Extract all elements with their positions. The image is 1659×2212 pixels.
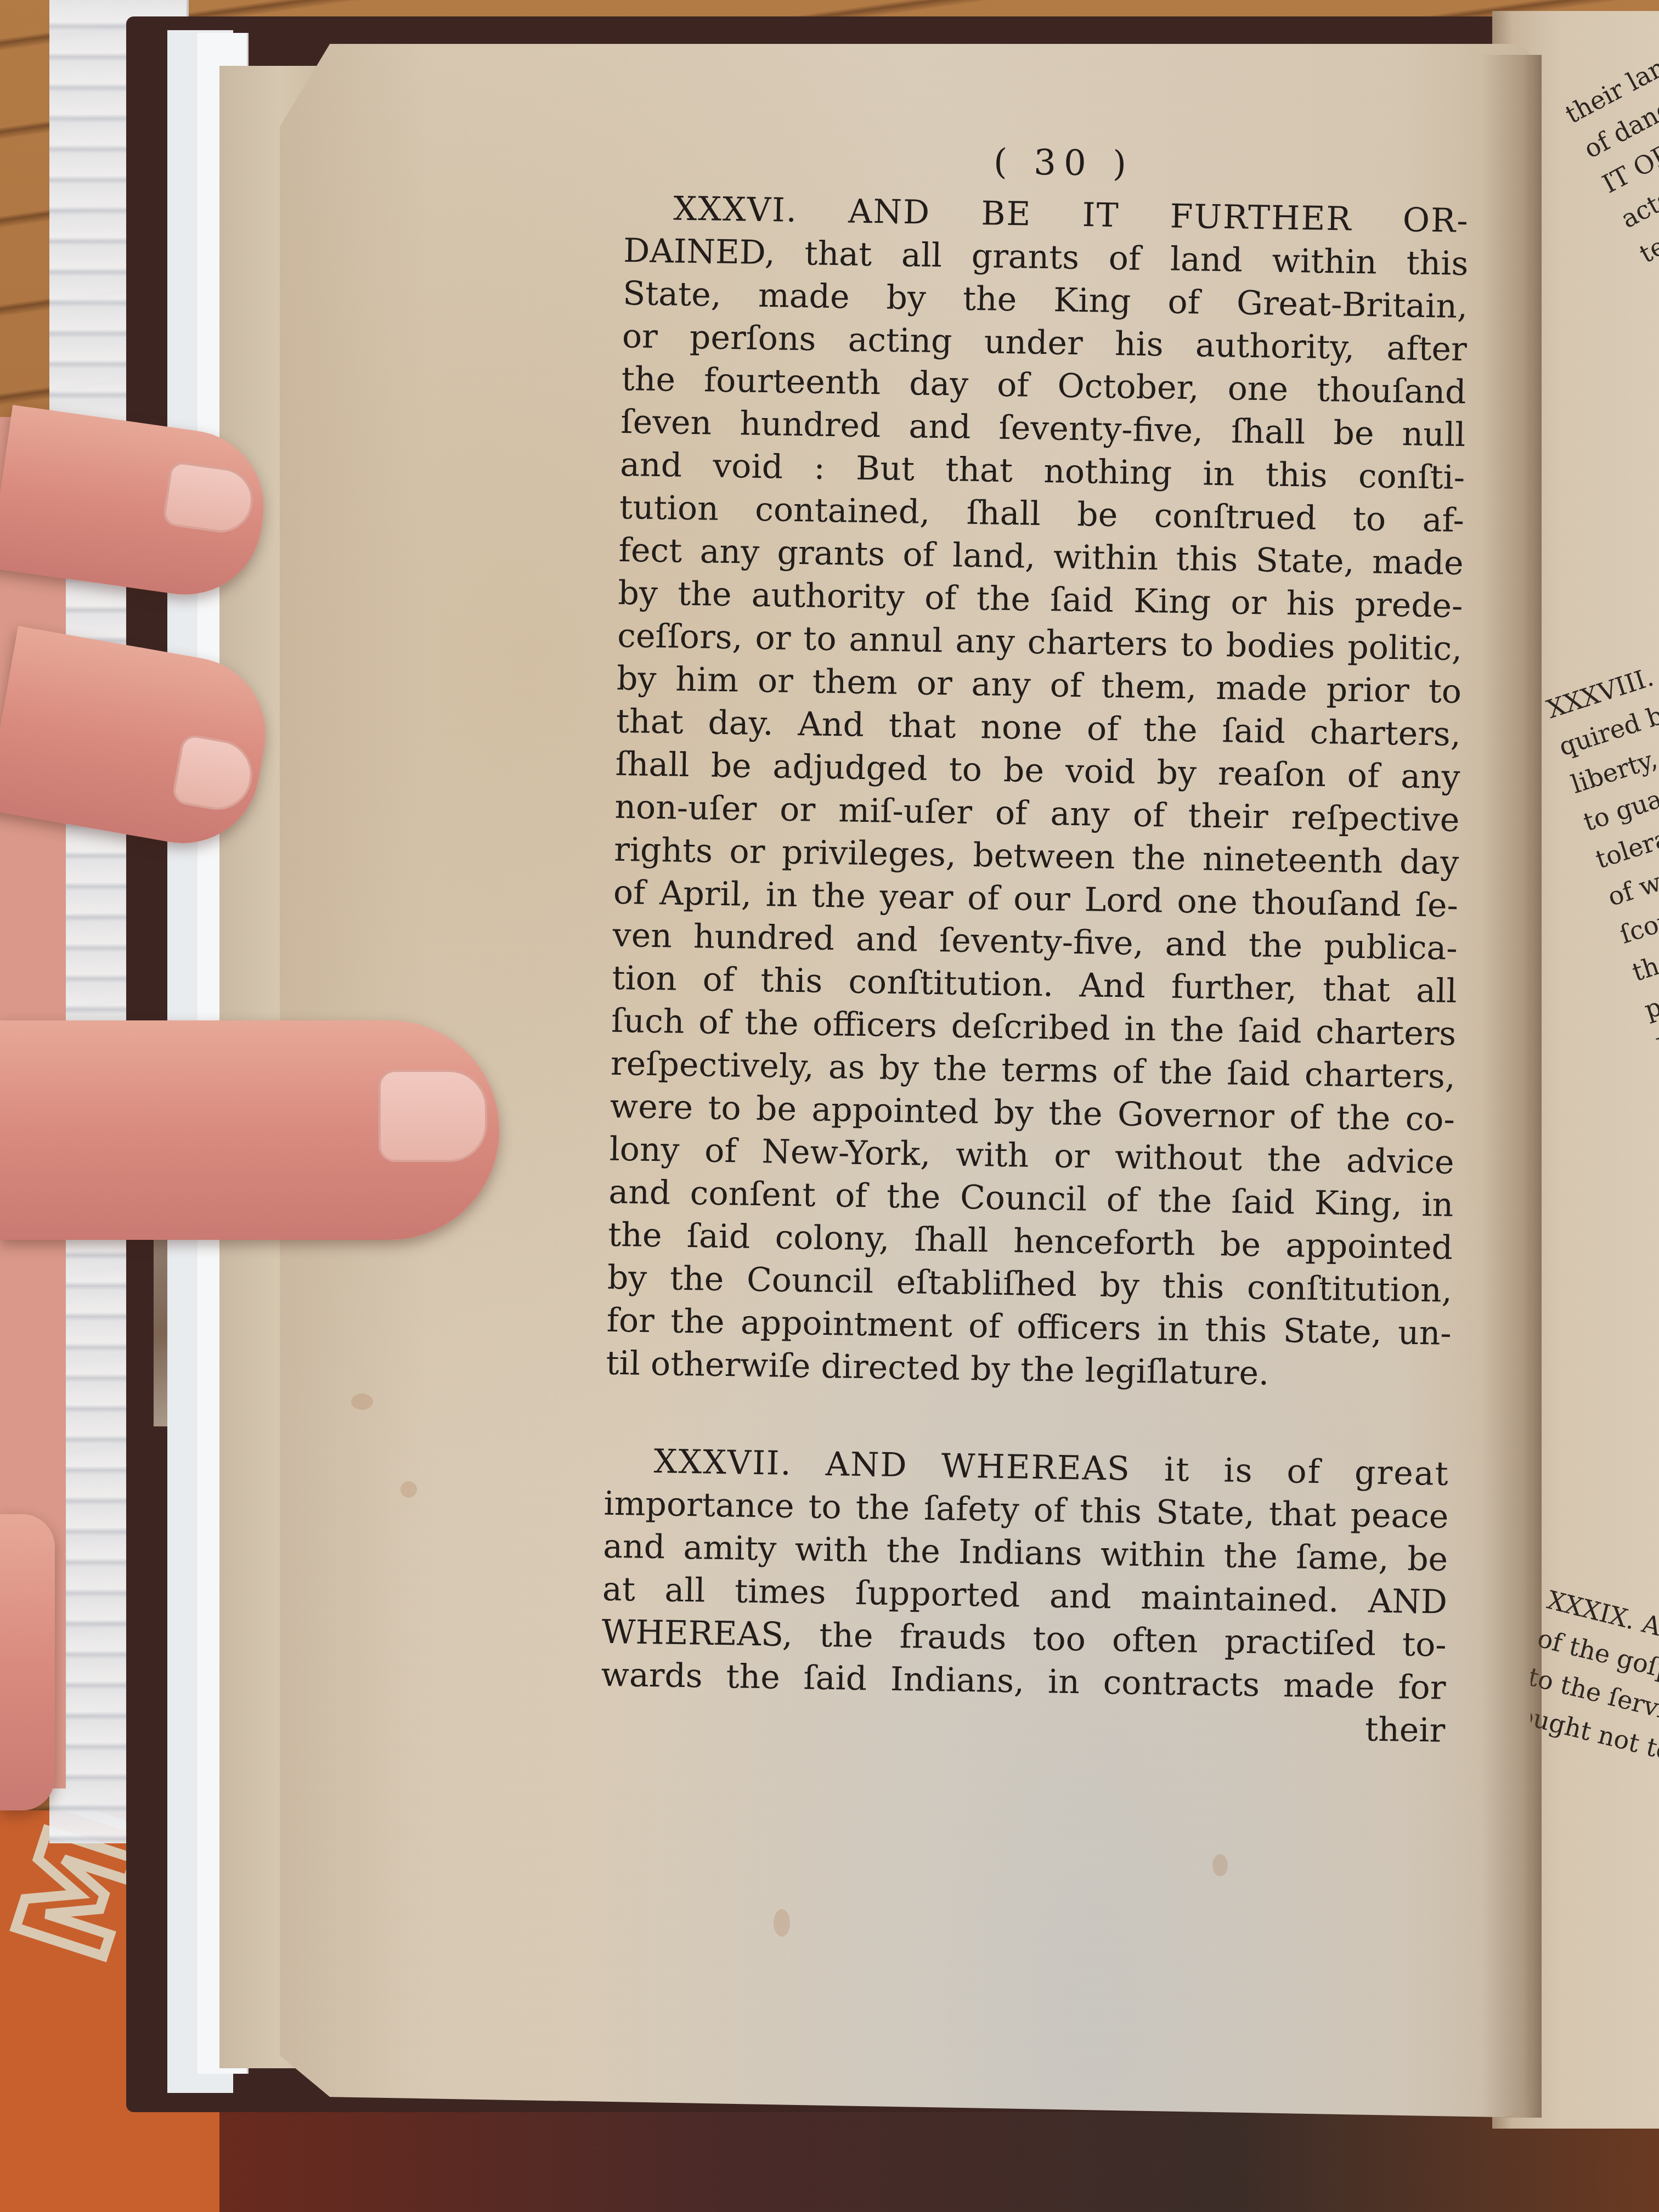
fingernail: [171, 733, 258, 815]
foxing-spot: [1212, 1854, 1228, 1876]
facing-text-top: their lands, have in divers of dangerous…: [1558, 11, 1659, 482]
facing-text-middle: XXXVIII. AND W quired by the benevolen l…: [1542, 620, 1659, 1367]
section-xxxvii: XXXVII. AND WHEREAS it is of great impor…: [600, 1440, 1449, 1752]
foxing-spot: [774, 1909, 790, 1937]
printed-text-block: ( 30 ) XXXVI. AND BE IT FURTHER OR- DAIN…: [600, 126, 1470, 1752]
fingernail: [162, 460, 257, 537]
finger-lower: [0, 1514, 55, 1810]
thumbnail: [379, 1070, 487, 1162]
thumb: [0, 1020, 499, 1240]
foxing-spot: [400, 1481, 417, 1498]
section-xxxvi: XXXVI. AND BE IT FURTHER OR- DAINED, tha…: [606, 187, 1469, 1398]
page-edge-shadow: [1481, 55, 1542, 2118]
foxing-spot: [351, 1393, 373, 1410]
